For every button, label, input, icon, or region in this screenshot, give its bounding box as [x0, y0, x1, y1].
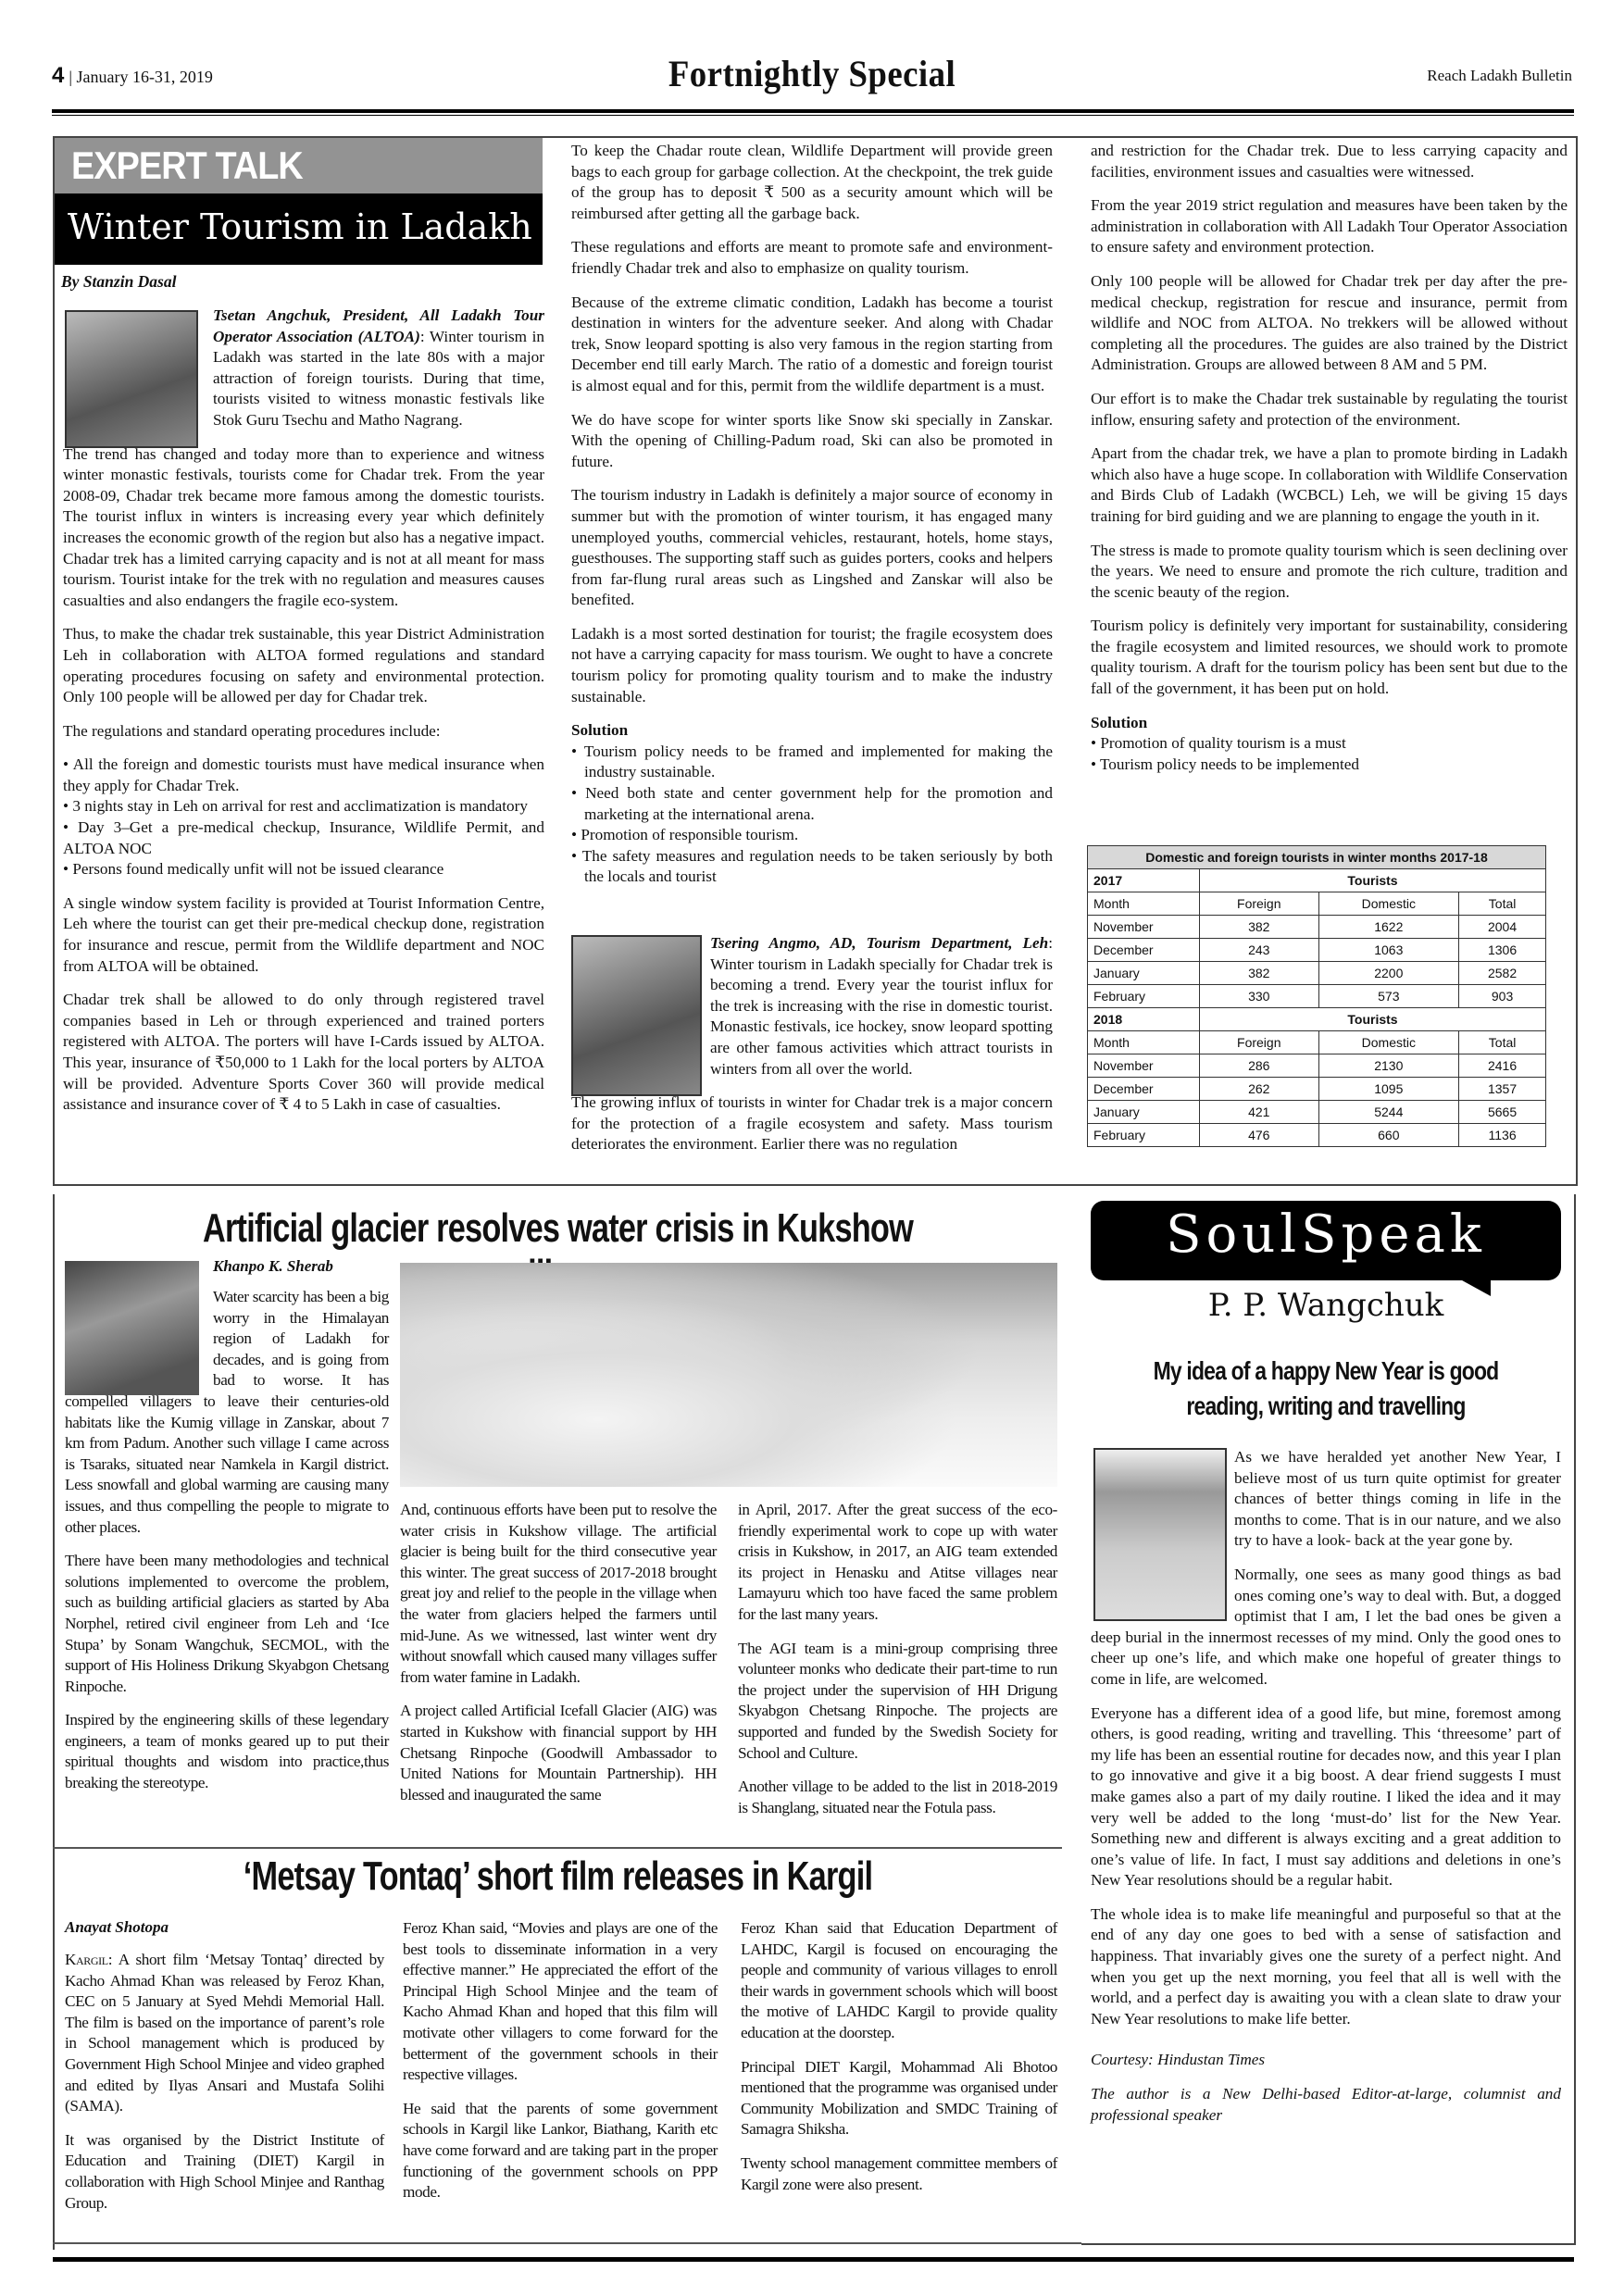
paragraph: The regulations and standard operating p… — [63, 721, 544, 742]
soulspeak-body: As we have heralded yet another New Year… — [1091, 1447, 1561, 2139]
soulspeak-author: P. P. Wangchuk — [1091, 1287, 1561, 1324]
col-header: Month — [1088, 892, 1200, 916]
cell: 1622 — [1318, 916, 1459, 939]
speaker2-name: Tsering Angmo, AD, Tourism Department, L… — [710, 934, 1048, 952]
header-rule-thin — [52, 115, 1574, 116]
paragraph: Another village to be added to the list … — [738, 1777, 1057, 1818]
paragraph: The AGI team is a mini-group comprising … — [738, 1639, 1057, 1765]
paragraph: Only 100 people will be allowed for Chad… — [1091, 271, 1568, 376]
paragraph: Thus, to make the chadar trek sustainabl… — [63, 624, 544, 707]
solution-bullet: • The safety measures and regulation nee… — [571, 846, 1053, 888]
paragraph: Inspired by the engineering skills of th… — [65, 1710, 389, 1793]
byline: By Stanzin Dasal — [61, 272, 176, 292]
cell: 903 — [1459, 985, 1546, 1008]
paragraph: Tourism policy is definitely very import… — [1091, 616, 1568, 699]
sop-bullet: • Persons found medically unfit will not… — [63, 859, 544, 880]
article-divider — [53, 1847, 1062, 1849]
header-rule — [52, 109, 1574, 113]
cell: 5665 — [1459, 1101, 1546, 1124]
cell: 1357 — [1459, 1078, 1546, 1101]
cell: 1063 — [1318, 939, 1459, 962]
soulspeak-headline: My idea of a happy New Year is good read… — [1133, 1354, 1519, 1424]
group-header: Tourists — [1200, 869, 1546, 892]
sop-bullet: • All the foreign and domestic tourists … — [63, 755, 544, 796]
section-title: Fortnightly Special — [65, 52, 1559, 95]
paragraph: Kargil: A short film ‘Metsay Tontaq’ dir… — [65, 1950, 384, 2117]
cell: November — [1088, 1054, 1200, 1078]
paragraph: The stress is made to promote quality to… — [1091, 541, 1568, 604]
solution-bullet: • Tourism policy needs to be implemented — [1091, 755, 1568, 776]
cell: 1095 — [1318, 1078, 1459, 1101]
courtesy-note: Courtesy: Hindustan Times — [1091, 2050, 1561, 2071]
cell: 1306 — [1459, 939, 1546, 962]
table-row: February330573903 — [1088, 985, 1546, 1008]
paragraph: Ladakh is a most sorted destination for … — [571, 624, 1053, 707]
cell: 476 — [1200, 1124, 1319, 1147]
cell: 1136 — [1459, 1124, 1546, 1147]
col-header: Domestic — [1318, 1031, 1459, 1054]
paragraph: Feroz Khan said that Education Departmen… — [741, 1918, 1057, 2044]
title-text: Winter Tourism in Ladakh — [55, 193, 543, 247]
photo-spacer — [1091, 1565, 1234, 1607]
film-bottom-rule — [53, 2242, 1081, 2244]
cell: 2416 — [1459, 1054, 1546, 1078]
cell: 382 — [1200, 916, 1319, 939]
speaker2-block: Tsering Angmo, AD, Tourism Department, L… — [571, 933, 1053, 1168]
cell: 330 — [1200, 985, 1319, 1008]
paragraph: The trend has changed and today more tha… — [63, 444, 544, 612]
expert-talk-title: Winter Tourism in Ladakh — [55, 193, 543, 265]
cell: December — [1088, 1078, 1200, 1101]
cell: January — [1088, 1101, 1200, 1124]
paragraph: Because of the extreme climatic conditio… — [571, 293, 1053, 397]
paragraph: He said that the parents of some governm… — [403, 2099, 718, 2203]
cell: 5244 — [1318, 1101, 1459, 1124]
paragraph: A project called Artificial Icefall Glac… — [400, 1701, 717, 1805]
paragraph: It was organised by the District Institu… — [65, 2130, 384, 2214]
cell: 243 — [1200, 939, 1319, 962]
paragraph: There have been many methodologies and t… — [65, 1551, 389, 1697]
table-caption: Domestic and foreign tourists in winter … — [1088, 846, 1546, 869]
paragraph: and restriction for the Chadar trek. Due… — [1091, 141, 1568, 182]
cell: February — [1088, 1124, 1200, 1147]
paragraph-text: : A short film ‘Metsay Tontaq’ directed … — [65, 1951, 384, 2115]
artificial-glacier-photo — [400, 1263, 1057, 1487]
expert-talk-kicker: EXPERT TALK — [55, 138, 543, 193]
paragraph: And, continuous efforts have been put to… — [400, 1500, 717, 1688]
paragraph: The growing influx of tourists in winter… — [571, 1092, 1053, 1155]
expert-col-3: and restriction for the Chadar trek. Due… — [1091, 141, 1568, 775]
cell: 2130 — [1318, 1054, 1459, 1078]
soulspeak-banner-text: SoulSpeak — [1091, 1201, 1561, 1265]
publication-name: Reach Ladakh Bulletin — [1427, 67, 1572, 85]
paragraph: These regulations and efforts are meant … — [571, 237, 1053, 279]
paragraph: Everyone has a different idea of a good … — [1091, 1703, 1561, 1891]
film-col-3: Feroz Khan said that Education Departmen… — [741, 1918, 1057, 2208]
table-row: January38222002582 — [1088, 962, 1546, 985]
tourist-table: Domestic and foreign tourists in winter … — [1087, 845, 1546, 1147]
film-headline: ‘Metsay Tontaq’ short film releases in K… — [166, 1853, 949, 1900]
year-label: 2017 — [1088, 869, 1200, 892]
footer-rule — [53, 2257, 1574, 2262]
paragraph: A single window system facility is provi… — [63, 893, 544, 977]
paragraph: Apart from the chadar trek, we have a pl… — [1091, 443, 1568, 527]
paragraph: Chadar trek shall be allowed to do only … — [63, 990, 544, 1116]
sop-bullet: • 3 nights stay in Leh on arrival for re… — [63, 796, 544, 817]
expert-col-2: To keep the Chadar route clean, Wildlife… — [571, 141, 1053, 888]
table-row: November28621302416 — [1088, 1054, 1546, 1078]
cell: 2200 — [1318, 962, 1459, 985]
page-number: 4 — [52, 63, 64, 88]
sop-bullet: • Day 3–Get a pre-medical checkup, Insur… — [63, 817, 544, 859]
cell: February — [1088, 985, 1200, 1008]
col-header: Total — [1459, 892, 1546, 916]
year-label: 2018 — [1088, 1008, 1200, 1031]
expert-col-1: Tsetan Angchuk, President, All Ladakh To… — [63, 306, 544, 1129]
table-row: December24310631306 — [1088, 939, 1546, 962]
paragraph: Twenty school management committee membe… — [741, 2153, 1057, 2195]
solution-bullet: • Tourism policy needs to be framed and … — [571, 742, 1053, 783]
cell: 286 — [1200, 1054, 1319, 1078]
paragraph: The tourism industry in Ladakh is defini… — [571, 485, 1053, 611]
left-border — [53, 1194, 55, 2250]
paragraph: To keep the Chadar route clean, Wildlife… — [571, 141, 1053, 224]
soulspeak-banner: SoulSpeak — [1091, 1201, 1561, 1280]
kicker-text: EXPERT TALK — [55, 138, 493, 188]
group-header: Tourists — [1200, 1008, 1546, 1031]
cell: December — [1088, 939, 1200, 962]
paragraph: Principal DIET Kargil, Mohammad Ali Bhot… — [741, 2057, 1057, 2140]
cell: 573 — [1318, 985, 1459, 1008]
solution-bullet: • Promotion of responsible tourism. — [571, 825, 1053, 846]
paragraph: Our effort is to make the Chadar trek su… — [1091, 389, 1568, 430]
glacier-col-2: And, continuous efforts have been put to… — [400, 1500, 717, 1818]
col-header: Total — [1459, 1031, 1546, 1054]
table-row: November38216222004 — [1088, 916, 1546, 939]
paragraph: The whole idea is to make life meaningfu… — [1091, 1904, 1561, 2030]
cell: 262 — [1200, 1078, 1319, 1101]
paragraph: Feroz Khan said, “Movies and plays are o… — [403, 1918, 718, 2086]
photo-spacer — [65, 1287, 213, 1389]
cell: January — [1088, 962, 1200, 985]
author-note: The author is a New Delhi-based Editor-a… — [1091, 2084, 1561, 2126]
solution-bullet: • Promotion of quality tourism is a must — [1091, 733, 1568, 755]
table-row: December26210951357 — [1088, 1078, 1546, 1101]
paragraph: Water scarcity has been a big worry in t… — [65, 1287, 389, 1538]
col-header: Month — [1088, 1031, 1200, 1054]
paragraph: in April, 2017. After the great success … — [738, 1500, 1057, 1626]
col-header: Foreign — [1200, 892, 1319, 916]
col-header: Domestic — [1318, 892, 1459, 916]
cell: November — [1088, 916, 1200, 939]
cell: 2004 — [1459, 916, 1546, 939]
table-row: February4766601136 — [1088, 1124, 1546, 1147]
cell: 382 — [1200, 962, 1319, 985]
film-byline: Anayat Shotopa — [65, 1918, 384, 1937]
film-col-1: Anayat Shotopa Kargil: A short film ‘Met… — [65, 1918, 384, 2227]
table-row: January42152445665 — [1088, 1101, 1546, 1124]
paragraph: As we have heralded yet another New Year… — [1234, 1447, 1561, 1552]
solution-bullet: • Need both state and center government … — [571, 783, 1053, 825]
paragraph: Normally, one sees as many good things a… — [1091, 1565, 1561, 1691]
film-col-2: Feroz Khan said, “Movies and plays are o… — [403, 1918, 718, 2216]
glacier-byline: Khanpo K. Sherab — [213, 1257, 389, 1276]
dateline: Kargil — [65, 1951, 108, 1968]
cell: 2582 — [1459, 962, 1546, 985]
glacier-col-1: Khanpo K. Sherab Water scarcity has been… — [65, 1257, 389, 1807]
glacier-col-3: in April, 2017. After the great success … — [738, 1500, 1057, 1831]
col-header: Foreign — [1200, 1031, 1319, 1054]
paragraph: From the year 2019 strict regulation and… — [1091, 195, 1568, 258]
speaker2-intro: : Winter tourism in Ladakh specially for… — [710, 934, 1053, 1078]
cell: 421 — [1200, 1101, 1319, 1124]
cell: 660 — [1318, 1124, 1459, 1147]
paragraph: We do have scope for winter sports like … — [571, 410, 1053, 473]
solution-label: Solution — [571, 720, 1053, 742]
solution-label: Solution — [1091, 713, 1568, 734]
